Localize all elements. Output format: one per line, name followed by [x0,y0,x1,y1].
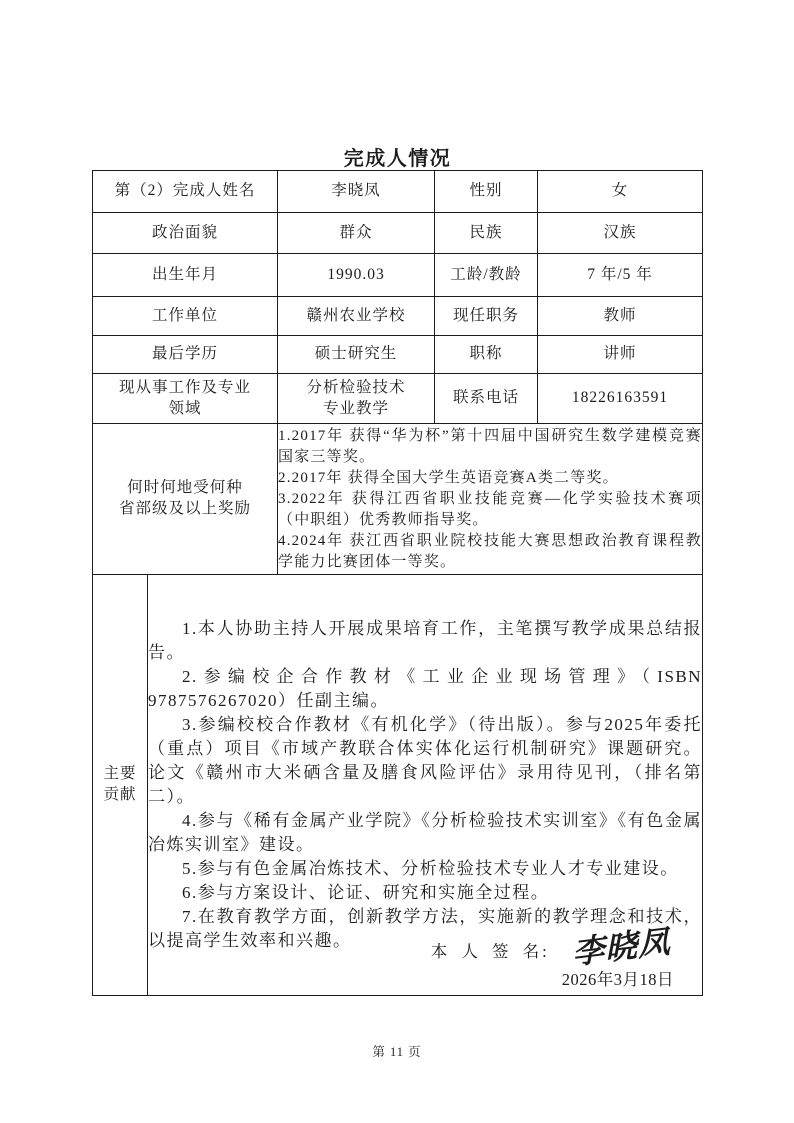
table-row: 第（2）完成人姓名 李晓凤 性别 女 [93,171,703,213]
value-work-unit: 赣州农业学校 [278,297,435,336]
table-row: 最后学历 硕士研究生 职称 讲师 [93,336,703,374]
label-ethnicity: 民族 [435,213,538,254]
award-item: 2.2017年 获得全国大学生英语竞赛A类二等奖。 [278,468,702,489]
table-row: 现从事工作及专业 领域 分析检验技术 专业教学 联系电话 18226163591 [93,374,703,424]
value-current-position: 教师 [538,297,703,336]
value-completer-name: 李晓凤 [278,171,435,213]
label-political-status: 政治面貌 [93,213,278,254]
contributions-content: 1.本人协助主持人开展成果培育工作，主笔撰写教学成果总结报告。 2.参编校企合作… [148,575,703,996]
label-gender: 性别 [435,171,538,213]
label-main-contributions: 主要 贡献 [93,575,148,996]
contribution-item: 4.参与《稀有金属产业学院》《分析检验技术实训室》《有色金属冶炼实训室》建设。 [148,809,702,857]
awards-content: 1.2017年 获得“华为杯”第十四届中国研究生数学建模竞赛国家三等奖。 2.2… [278,424,703,575]
signature-date: 2026年3月18日 [562,969,674,991]
award-item: 4.2024年 获江西省职业院校技能大赛思想政治教育课程教学能力比赛团体一等奖。 [278,531,702,573]
label-work-years: 工龄/教龄 [435,254,538,297]
contribution-item: 6.参与方案设计、论证、研究和实施全过程。 [148,881,702,905]
page-title: 完成人情况 [92,142,703,171]
label-birth-date: 出生年月 [93,254,278,297]
value-work-years: 7 年/5 年 [538,254,703,297]
value-field-of-work: 分析检验技术 专业教学 [278,374,435,424]
signature-handwriting: 李晓凤 [571,925,671,969]
completer-info-table: 第（2）完成人姓名 李晓凤 性别 女 政治面貌 群众 民族 汉族 出生年月 19… [92,170,703,996]
table-row: 政治面貌 群众 民族 汉族 [93,213,703,254]
contribution-item: 3.参编校校合作教材《有机化学》（待出版）。参与2025年委托（重点）项目《市域… [148,713,702,809]
label-field-of-work: 现从事工作及专业 领域 [93,374,278,424]
value-ethnicity: 汉族 [538,213,703,254]
award-item: 3.2022年 获得江西省职业技能竞赛—化学实验技术赛项（中职组）优秀教师指导奖… [278,489,702,531]
contributions-row: 主要 贡献 1.本人协助主持人开展成果培育工作，主笔撰写教学成果总结报告。 2.… [93,575,703,996]
signature-label: 本 人 签 名: [431,941,550,963]
signature-column: 李晓凤 2026年3月18日 [562,931,674,991]
signature-block: 本 人 签 名: 李晓凤 2026年3月18日 [431,931,674,991]
awards-row: 何时何地受何种 省部级及以上奖励 1.2017年 获得“华为杯”第十四届中国研究… [93,424,703,575]
table-row: 工作单位 赣州农业学校 现任职务 教师 [93,297,703,336]
label-awards: 何时何地受何种 省部级及以上奖励 [93,424,278,575]
value-birth-date: 1990.03 [278,254,435,297]
value-professional-title: 讲师 [538,336,703,374]
value-education: 硕士研究生 [278,336,435,374]
label-work-unit: 工作单位 [93,297,278,336]
award-item: 1.2017年 获得“华为杯”第十四届中国研究生数学建模竞赛国家三等奖。 [278,426,702,468]
contribution-item: 1.本人协助主持人开展成果培育工作，主笔撰写教学成果总结报告。 [148,617,702,665]
label-completer-name: 第（2）完成人姓名 [93,171,278,213]
value-phone: 18226163591 [538,374,703,424]
table-row: 出生年月 1990.03 工龄/教龄 7 年/5 年 [93,254,703,297]
label-phone: 联系电话 [435,374,538,424]
contribution-item: 5.参与有色金属冶炼技术、分析检验技术专业人才专业建设。 [148,857,702,881]
value-political-status: 群众 [278,213,435,254]
label-education: 最后学历 [93,336,278,374]
label-professional-title: 职称 [435,336,538,374]
document-page: 完成人情况 第（2）完成人姓名 李晓凤 性别 女 政治面貌 群众 民族 汉族 出… [0,0,794,1123]
label-current-position: 现任职务 [435,297,538,336]
value-gender: 女 [538,171,703,213]
contribution-item: 2.参编校企合作教材《工业企业现场管理》（ISBN 9787576267020）… [148,665,702,713]
page-number: 第 11 页 [0,1042,794,1060]
